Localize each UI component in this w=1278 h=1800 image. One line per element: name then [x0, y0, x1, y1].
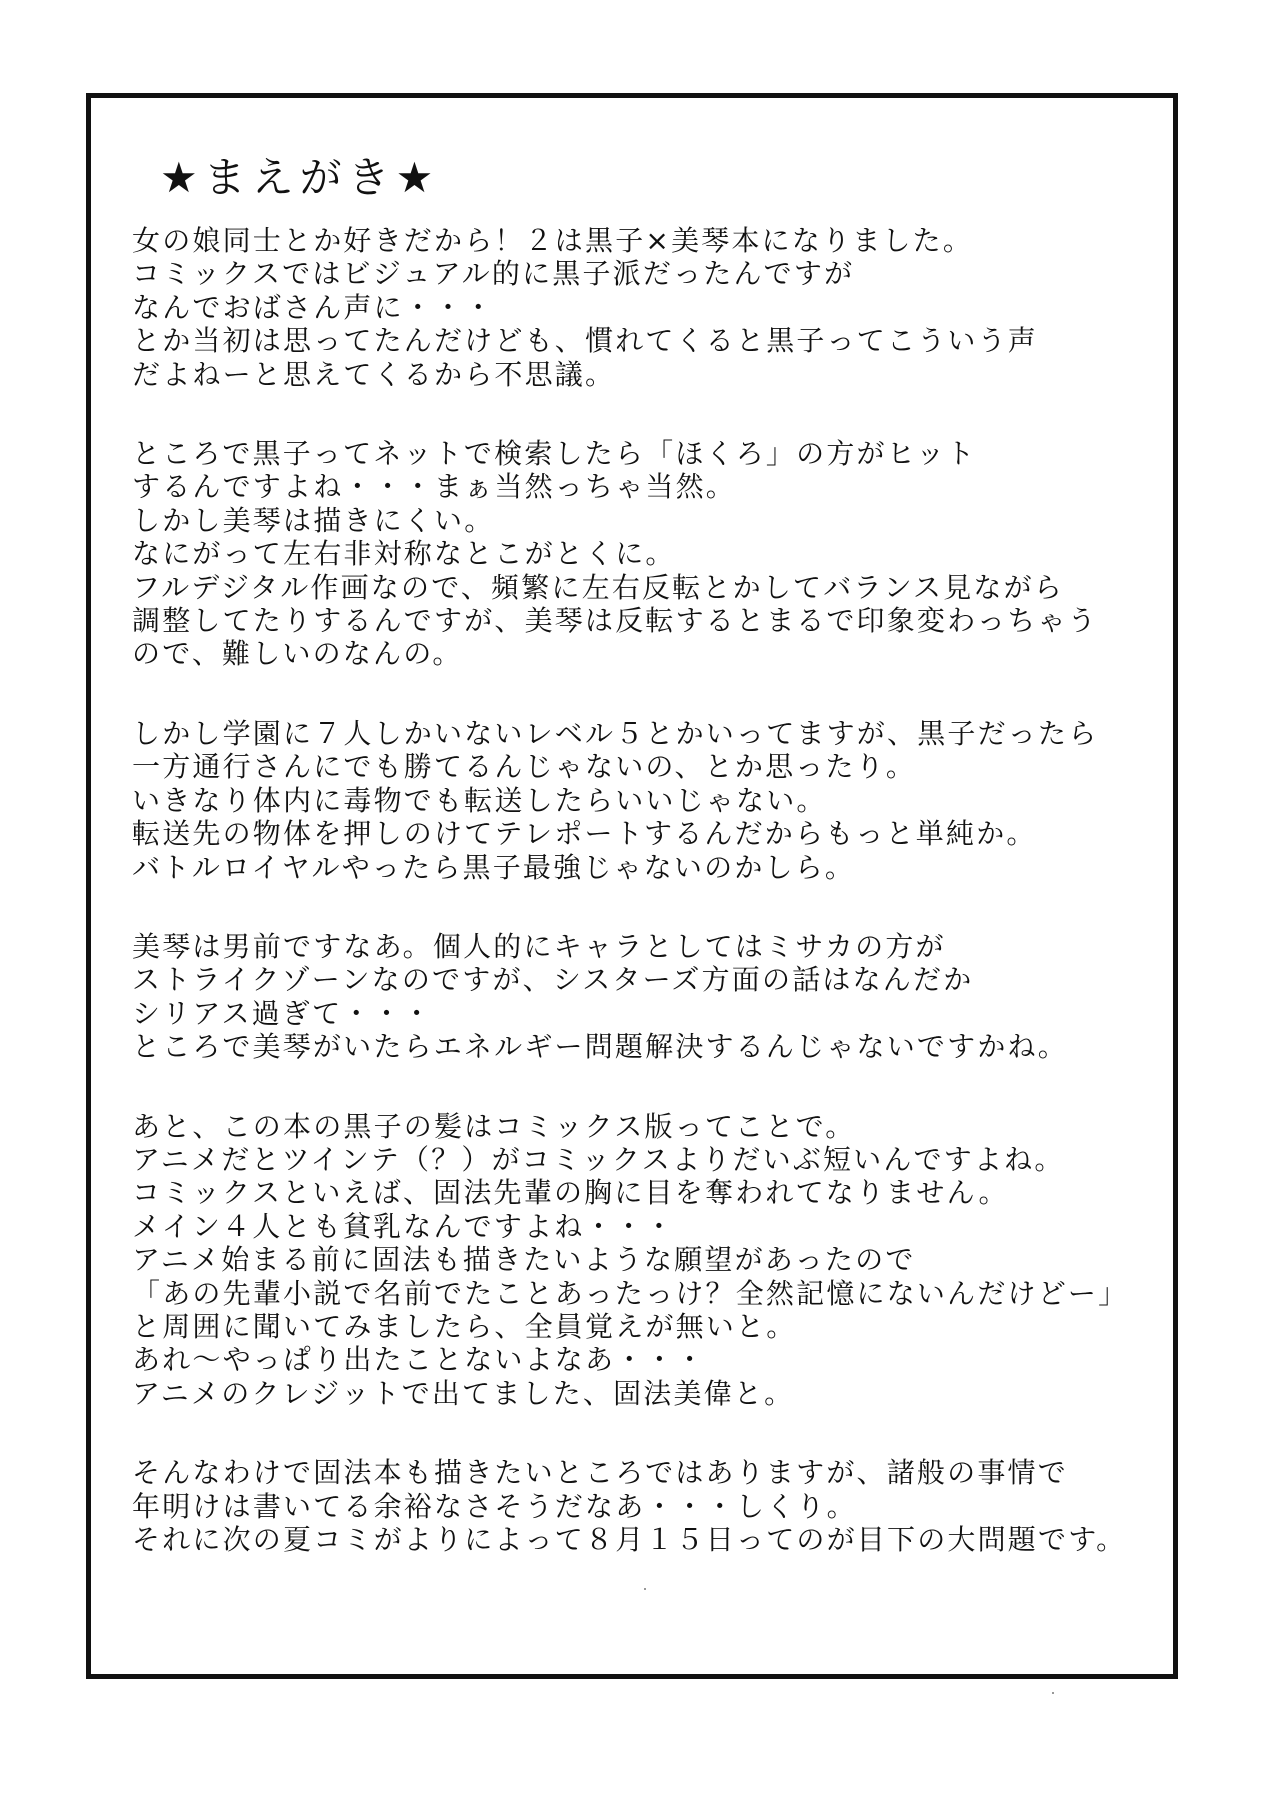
- text-line: ストライクゾーンなのですが、シスターズ方面の話はなんだか: [132, 963, 1152, 996]
- paragraph: ところで黒子ってネットで検索したら「ほくろ」の方がヒットするんですよね・・・まぁ…: [132, 437, 1152, 671]
- page-title: ★まえがき★: [160, 152, 439, 204]
- text-line: だよねーと思えてくるから不思議。: [132, 358, 1152, 391]
- text-line: するんですよね・・・まぁ当然っちゃ当然。: [132, 470, 1152, 503]
- text-line: いきなり体内に毒物でも転送したらいいじゃない。: [132, 784, 1152, 817]
- text-line: なにがって左右非対称なとこがとくに。: [132, 537, 1152, 570]
- text-line: バトルロイヤルやったら黒子最強じゃないのかしら。: [132, 851, 1152, 884]
- text-line: アニメだとツインテ（？）がコミックスよりだいぶ短いんですよね。: [132, 1143, 1152, 1176]
- text-line: 一方通行さんにでも勝てるんじゃないの、とか思ったり。: [132, 750, 1152, 783]
- paragraph: しかし学園に７人しかいないレベル５とかいってますが、黒子だったら一方通行さんにで…: [132, 717, 1152, 884]
- text-line: ので、難しいのなんの。: [132, 637, 1152, 670]
- text-line: シリアス過ぎて・・・: [132, 997, 1152, 1030]
- text-line: ところで美琴がいたらエネルギー問題解決するんじゃないですかね。: [132, 1030, 1152, 1063]
- text-line: 転送先の物体を押しのけてテレポートするんだからもっと単純か。: [132, 817, 1152, 850]
- text-line: コミックスではビジュアル的に黒子派だったんですが: [132, 257, 1152, 290]
- text-line: それに次の夏コミがよりによって８月１５日ってのが目下の大問題です。: [132, 1523, 1152, 1556]
- text-line: なんでおばさん声に・・・: [132, 291, 1152, 324]
- text-line: ところで黒子ってネットで検索したら「ほくろ」の方がヒット: [132, 437, 1152, 470]
- text-line: 年明けは書いてる余裕なさそうだなあ・・・しくり。: [132, 1490, 1152, 1523]
- text-line: 女の娘同士とか好きだから！２は黒子×美琴本になりました。: [132, 224, 1152, 257]
- text-line: 美琴は男前ですなあ。個人的にキャラとしてはミサカの方が: [132, 930, 1152, 963]
- paragraph: そんなわけで固法本も描きたいところではありますが、諸般の事情で年明けは書いてる余…: [132, 1456, 1152, 1556]
- text-line: あと、この本の黒子の髪はコミックス版ってことで。: [132, 1110, 1152, 1143]
- text-line: 調整してたりするんですが、美琴は反転するとまるで印象変わっちゃう: [132, 604, 1152, 637]
- paragraph: あと、この本の黒子の髪はコミックス版ってことで。アニメだとツインテ（？）がコミッ…: [132, 1110, 1152, 1411]
- scan-speck: [1052, 1692, 1054, 1694]
- text-line: 「あの先輩小説で名前でたことあったっけ？全然記憶にないんだけどー」: [132, 1277, 1152, 1310]
- text-line: あれ～やっぱり出たことないよなあ・・・: [132, 1343, 1152, 1376]
- text-line: と周囲に聞いてみましたら、全員覚えが無いと。: [132, 1310, 1152, 1343]
- text-line: アニメ始まる前に固法も描きたいような願望があったので: [132, 1243, 1152, 1276]
- text-line: しかし学園に７人しかいないレベル５とかいってますが、黒子だったら: [132, 717, 1152, 750]
- text-line: メイン４人とも貧乳なんですよね・・・: [132, 1210, 1152, 1243]
- text-line: そんなわけで固法本も描きたいところではありますが、諸般の事情で: [132, 1456, 1152, 1489]
- text-line: コミックスといえば、固法先輩の胸に目を奪われてなりません。: [132, 1176, 1152, 1209]
- paragraph: 女の娘同士とか好きだから！２は黒子×美琴本になりました。コミックスではビジュアル…: [132, 224, 1152, 391]
- text-line: とか当初は思ってたんだけども、慣れてくると黒子ってこういう声: [132, 324, 1152, 357]
- paragraph: 美琴は男前ですなあ。個人的にキャラとしてはミサカの方がストライクゾーンなのですが…: [132, 930, 1152, 1064]
- text-line: フルデジタル作画なので、頻繁に左右反転とかしてバランス見ながら: [132, 571, 1152, 604]
- preface-body: 女の娘同士とか好きだから！２は黒子×美琴本になりました。コミックスではビジュアル…: [132, 224, 1152, 1602]
- text-line: しかし美琴は描きにくい。: [132, 504, 1152, 537]
- text-line: アニメのクレジットで出てました、固法美偉と。: [132, 1377, 1152, 1410]
- scan-speck: [644, 1588, 646, 1590]
